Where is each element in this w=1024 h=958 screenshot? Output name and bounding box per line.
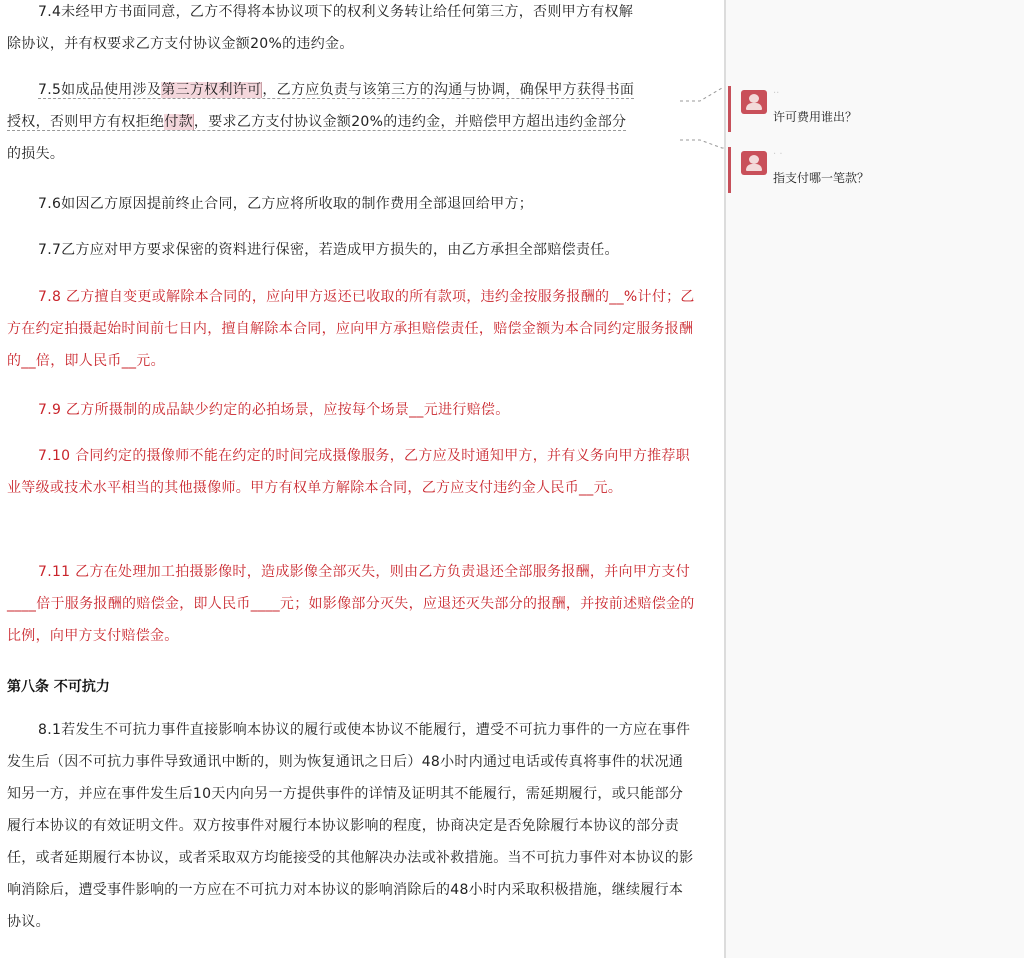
paragraph-7-5: 7.5如成品使用涉及第三方权利许可，乙方应负责与该第三方的沟通与协调，确保甲方获…: [7, 74, 697, 170]
comment-author: ··: [773, 88, 779, 99]
paragraph-7-5-prefix: 7.5如成品使用涉及: [38, 82, 161, 98]
user-avatar-icon: [741, 151, 767, 175]
paragraph-7-6: 7.6如因乙方原因提前终止合同，乙方应将所收取的制作费用全部退回给甲方；: [7, 188, 697, 220]
paragraph-7-4-line1: 7.4未经甲方书面同意，乙方不得将本协议项下的权利义务转让给任何第三方，否则甲方…: [38, 4, 633, 20]
comment-text: 指支付哪一笔款？: [773, 169, 869, 186]
paragraph-7-5-line2-prefix: 授权，否则甲方有权拒绝: [7, 114, 164, 130]
user-avatar-icon: [741, 90, 767, 114]
paragraph-7-5-line3: 的损失。: [7, 146, 64, 162]
paragraph-7-5-line2: 授权，否则甲方有权拒绝付款，要求乙方支付协议金额20%的违约金，并赔偿甲方超出违…: [7, 114, 626, 131]
comment-anchor-2[interactable]: 付款: [164, 114, 194, 130]
paragraph-7-5-line2-rest: ，要求乙方支付协议金额20%的违约金，并赔偿甲方超出违约金部分: [194, 114, 626, 130]
comment-2[interactable]: · · 指支付哪一笔款？: [728, 147, 1021, 193]
document-page: 7.4未经甲方书面同意，乙方不得将本协议项下的权利义务转让给任何第三方，否则甲方…: [0, 0, 724, 958]
comment-anchor-1[interactable]: 第三方权利许可: [161, 82, 262, 98]
comment-author: · ·: [773, 149, 783, 160]
paragraph-7-11: 7.11 乙方在处理加工拍摄影像时，造成影像全部灭失，则由乙方负责退还全部服务报…: [7, 556, 697, 652]
paragraph-7-5-line1: 7.5如成品使用涉及第三方权利许可，乙方应负责与该第三方的沟通与协调，确保甲方获…: [38, 82, 634, 99]
paragraph-7-7: 7.7乙方应对甲方要求保密的资料进行保密，若造成甲方损失的，由乙方承担全部赔偿责…: [7, 234, 697, 266]
paragraph-7-4: 7.4未经甲方书面同意，乙方不得将本协议项下的权利义务转让给任何第三方，否则甲方…: [7, 0, 697, 60]
paragraph-7-8: 7.8 乙方擅自变更或解除本合同的，应向甲方返还已收取的所有款项，违约金按服务报…: [7, 281, 697, 377]
section-8-heading: 第八条 不可抗力: [7, 676, 110, 696]
paragraph-8-1: 8.1若发生不可抗力事件直接影响本协议的履行或使本协议不能履行，遭受不可抗力事件…: [7, 714, 697, 938]
paragraph-7-9: 7.9 乙方所摄制的成品缺少约定的必拍场景，应按每个场景__元进行赔偿。: [7, 394, 697, 426]
comment-pane: ·· 许可费用谁出？ · · 指支付哪一笔款？: [724, 0, 1024, 958]
comment-text: 许可费用谁出？: [773, 108, 857, 125]
comment-1[interactable]: ·· 许可费用谁出？: [728, 86, 1021, 132]
paragraph-7-10: 7.10 合同约定的摄像师不能在约定的时间完成摄像服务，乙方应及时通知甲方，并有…: [7, 440, 697, 504]
paragraph-7-5-mid: ，乙方应负责与该第三方的沟通与协调，确保甲方获得书面: [262, 82, 634, 98]
paragraph-7-4-line2: 除协议，并有权要求乙方支付协议金额20%的违约金。: [7, 36, 354, 52]
